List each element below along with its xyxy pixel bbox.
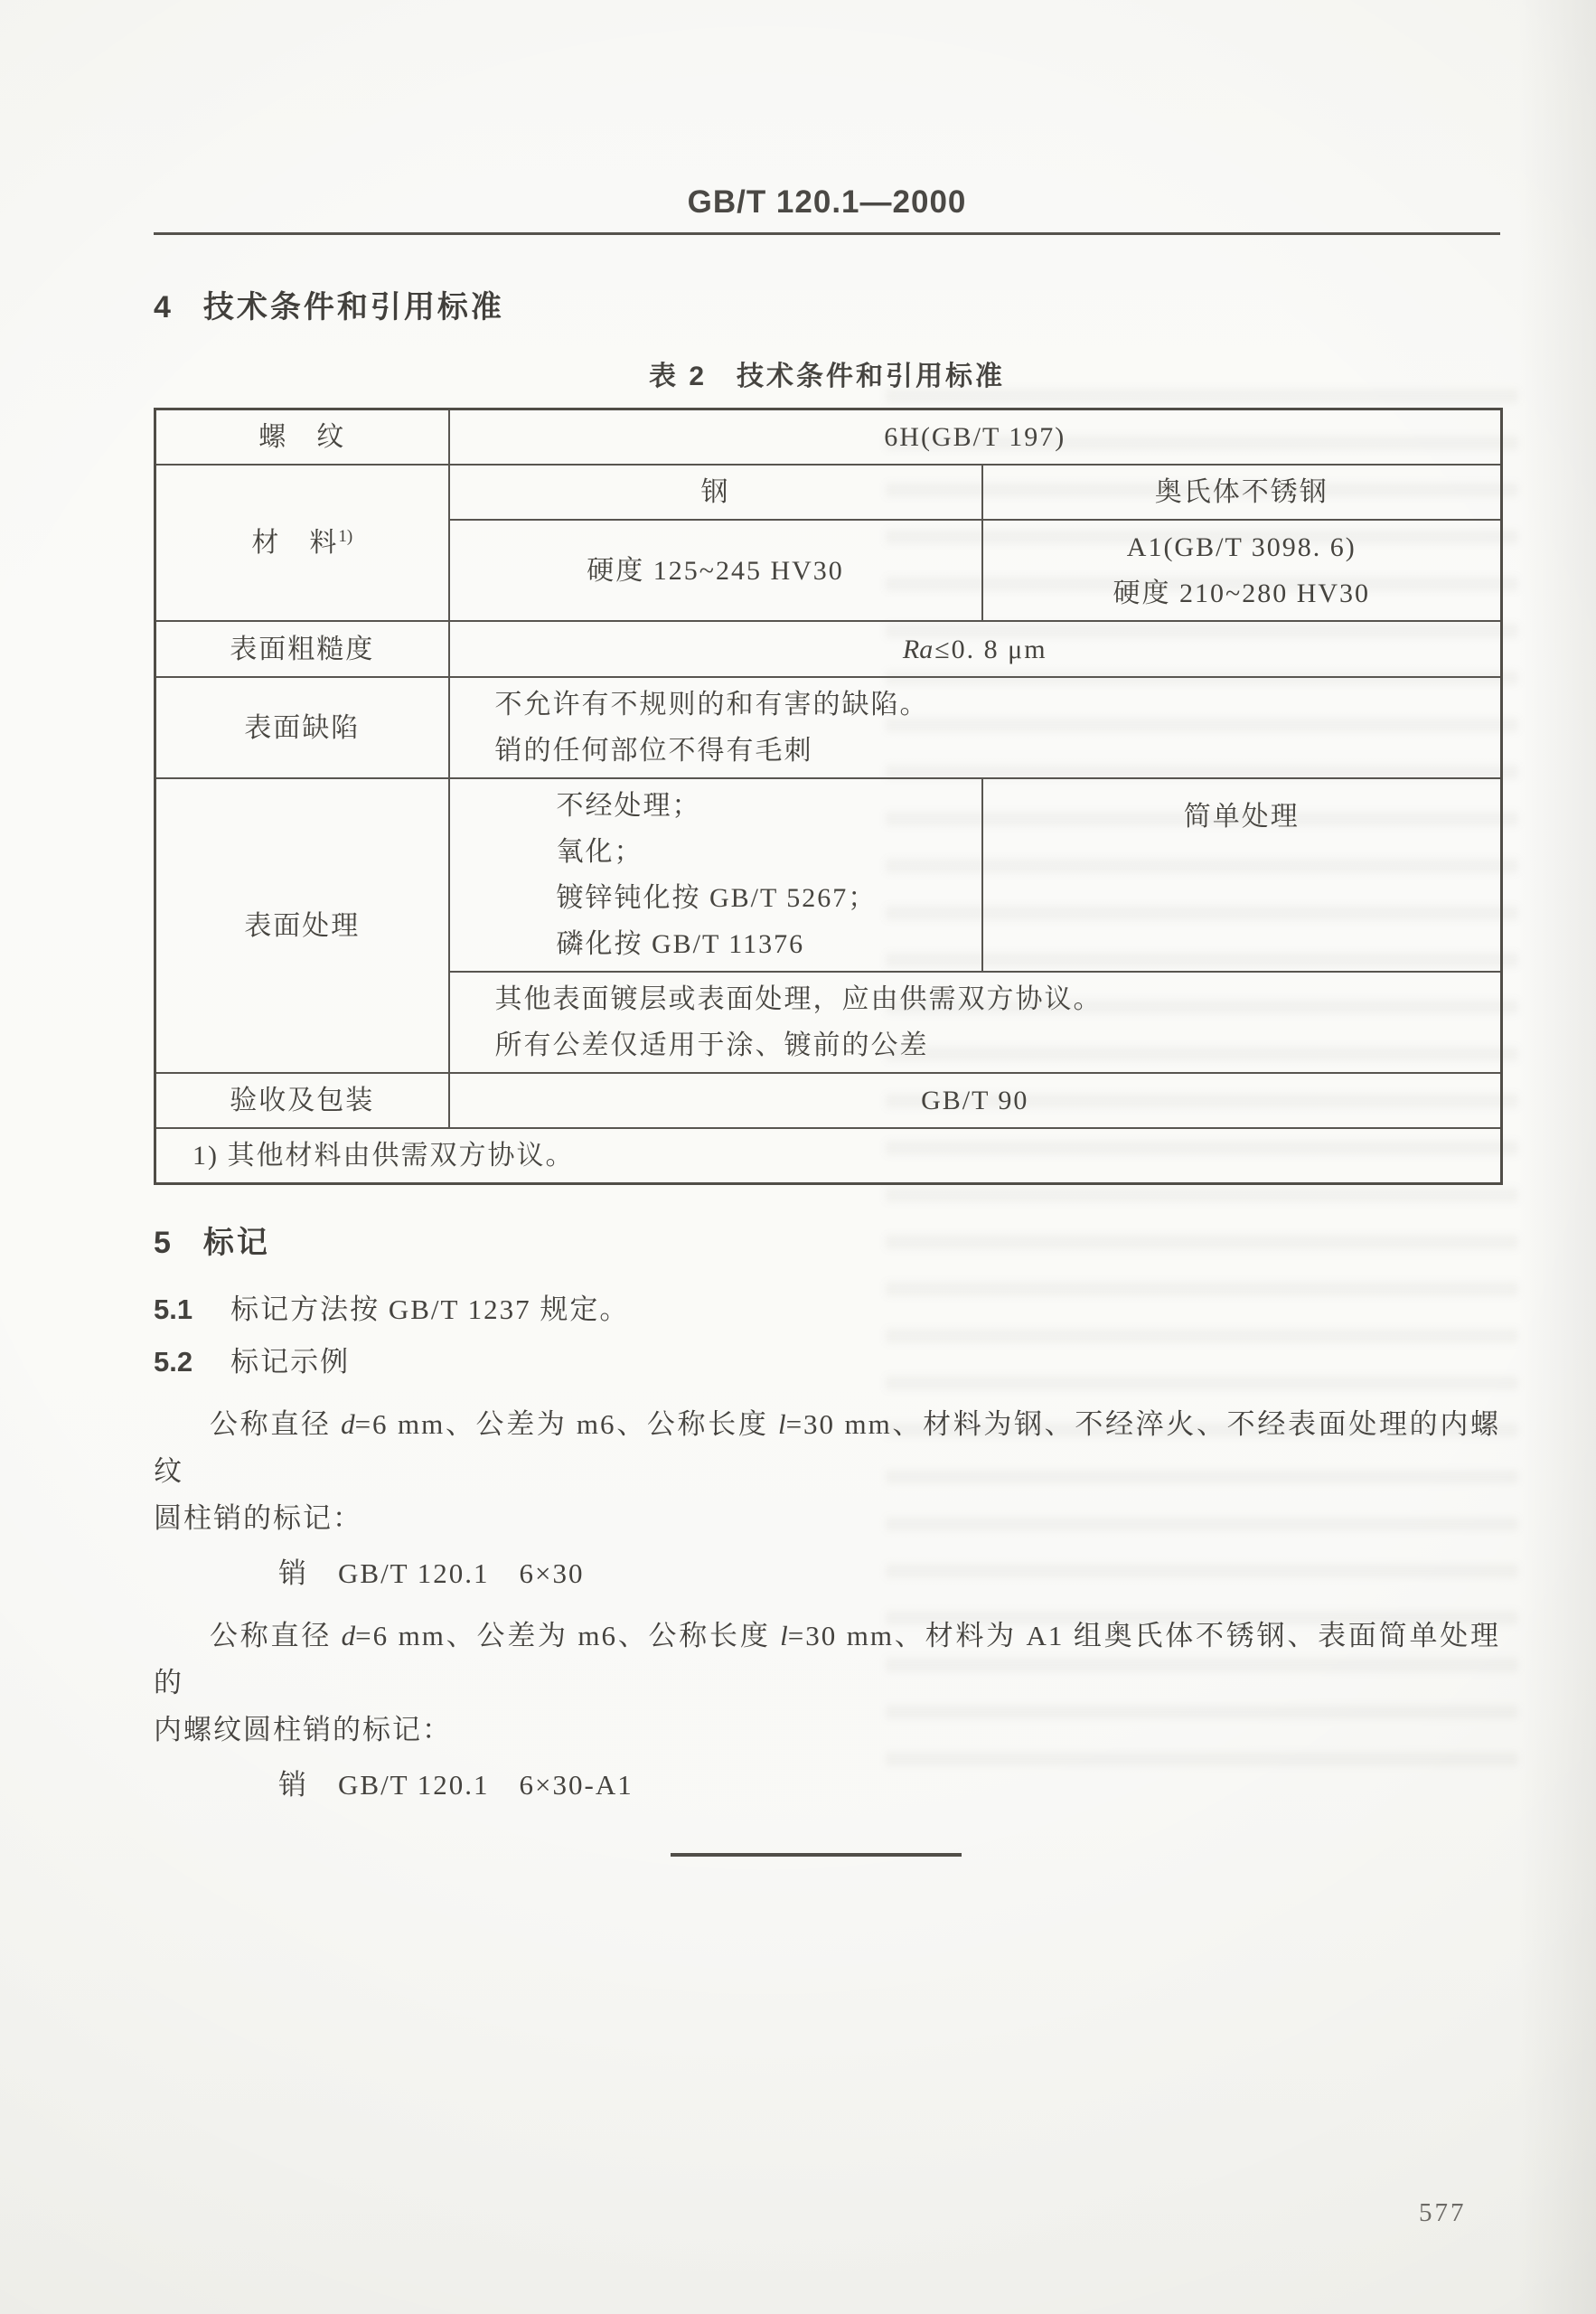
clause-5-2-number: 5.2 (154, 1341, 192, 1383)
defects-line2: 销的任何部位不得有毛刺 (495, 728, 1492, 774)
treatment-option: 镀锌钝化按 GB/T 5267； (557, 875, 972, 921)
treatment-steel-cell: 不经处理； 氧化； 镀锌钝化按 GB/T 5267； 磷化按 GB/T 1137… (449, 778, 982, 972)
treatment-other-cell: 其他表面镀层或表面处理，应由供需双方协议。 所有公差仅适用于涂、镀前的公差 (449, 972, 1502, 1073)
stainless-hardness: 硬度 210~280 HV30 (992, 570, 1492, 616)
thread-row: 螺 纹 6H(GB/T 197) (155, 409, 1502, 466)
treatment-option: 氧化； (557, 829, 972, 875)
section-4-heading: 4技术条件和引用标准 (154, 282, 1500, 326)
scanned-standard-page: GB/T 120.1—2000 4技术条件和引用标准 表 2 技术条件和引用标准… (0, 0, 1596, 2314)
treatment-other-line1: 其他表面镀层或表面处理，应由供需双方协议。 (495, 976, 1492, 1022)
table-footnote-row: 1) 其他材料由供需双方协议。 (155, 1128, 1502, 1184)
acceptance-label-cell: 验收及包装 (155, 1073, 449, 1128)
roughness-value: ≤0. 8 μm (934, 635, 1047, 664)
symbol-d: d (341, 1408, 355, 1440)
acceptance-row: 验收及包装 GB/T 90 (155, 1073, 1502, 1128)
section-5-title: 标记 (203, 1226, 270, 1260)
clause-5-2-text: 标记示例 (230, 1346, 350, 1378)
example-1-text: =6 mm、公差为 m6、公称长度 (355, 1408, 778, 1440)
treatment-option: 磷化按 GB/T 11376 (557, 921, 972, 967)
symbol-d: d (342, 1620, 356, 1651)
example-2-text: 公称直径 (210, 1620, 342, 1651)
clause-5-2: 5.2标记示例 (154, 1341, 1500, 1383)
defects-row: 表面缺陷 不允许有不规则的和有害的缺陷。 销的任何部位不得有毛刺 (155, 677, 1502, 778)
example-1-text: 公称直径 (210, 1408, 341, 1440)
table-2: 螺 纹 6H(GB/T 197) 材 料1) 钢 奥氏体不锈钢 硬度 125~2… (154, 408, 1503, 1185)
material-steel-header-cell: 钢 (449, 465, 982, 520)
end-of-text-rule (671, 1853, 962, 1857)
clause-5-1-number: 5.1 (154, 1289, 192, 1331)
stainless-grade: A1(GB/T 3098. 6) (992, 524, 1492, 570)
defects-label-cell: 表面缺陷 (155, 677, 449, 778)
treatment-stainless-cell: 简单处理 (982, 778, 1502, 972)
defects-line1: 不允许有不规则的和有害的缺陷。 (495, 682, 1492, 728)
material-steel-hardness-cell: 硬度 125~245 HV30 (449, 520, 982, 621)
material-footnote-ref: 1) (338, 527, 352, 546)
designation-1: 销 GB/T 120.1 6×30 (154, 1553, 1500, 1594)
treatment-row: 表面处理 不经处理； 氧化； 镀锌钝化按 GB/T 5267； 磷化按 GB/T… (155, 778, 1502, 972)
symbol-l: l (778, 1408, 786, 1440)
thread-value-cell: 6H(GB/T 197) (449, 409, 1502, 466)
example-1-text-line2: 圆柱销的标记： (154, 1502, 362, 1534)
scan-edge-shadow (1518, 0, 1596, 2314)
clause-5-1: 5.1标记方法按 GB/T 1237 规定。 (154, 1289, 1500, 1331)
material-header-row: 材 料1) 钢 奥氏体不锈钢 (155, 465, 1502, 520)
section-5-heading: 5标记 (154, 1218, 1500, 1262)
page-content: GB/T 120.1—2000 4技术条件和引用标准 表 2 技术条件和引用标准… (154, 0, 1500, 1857)
example-2-text: =6 mm、公差为 m6、公称长度 (355, 1620, 780, 1651)
treatment-option: 不经处理； (557, 783, 972, 829)
doc-code: GB/T 120.1—2000 (154, 0, 1500, 221)
material-label: 材 料 (251, 528, 338, 558)
symbol-l: l (780, 1620, 788, 1651)
section-4-title: 技术条件和引用标准 (203, 290, 504, 325)
roughness-label-cell: 表面粗糙度 (155, 621, 449, 677)
roughness-value-cell: Ra≤0. 8 μm (449, 621, 1502, 677)
example-1-paragraph: 公称直径 d=6 mm、公差为 m6、公称长度 l=30 mm、材料为钢、不经淬… (154, 1401, 1500, 1542)
example-2-paragraph: 公称直径 d=6 mm、公差为 m6、公称长度 l=30 mm、材料为 A1 组… (154, 1613, 1500, 1754)
roughness-row: 表面粗糙度 Ra≤0. 8 μm (155, 621, 1502, 677)
thread-label-cell: 螺 纹 (155, 409, 449, 466)
table-2-caption: 表 2 技术条件和引用标准 (154, 353, 1500, 393)
table-footnote-cell: 1) 其他材料由供需双方协议。 (155, 1128, 1502, 1184)
example-2-text-line2: 内螺纹圆柱销的标记： (154, 1714, 452, 1745)
section-5-number: 5 (154, 1226, 171, 1261)
designation-2: 销 GB/T 120.1 6×30-A1 (154, 1764, 1500, 1806)
section-4-number: 4 (154, 290, 171, 325)
material-stainless-cell: A1(GB/T 3098. 6) 硬度 210~280 HV30 (982, 520, 1502, 621)
treatment-label-cell: 表面处理 (155, 778, 449, 1073)
material-stainless-header-cell: 奥氏体不锈钢 (982, 465, 1502, 520)
clause-5-1-text: 标记方法按 GB/T 1237 规定。 (230, 1293, 629, 1325)
page-number: 577 (1419, 2198, 1467, 2228)
roughness-symbol: Ra (903, 635, 933, 664)
material-label-cell: 材 料1) (155, 465, 449, 621)
treatment-other-line2: 所有公差仅适用于涂、镀前的公差 (495, 1022, 1492, 1068)
acceptance-value-cell: GB/T 90 (449, 1073, 1502, 1128)
defects-value-cell: 不允许有不规则的和有害的缺陷。 销的任何部位不得有毛刺 (449, 677, 1502, 778)
header-rule (154, 232, 1500, 235)
